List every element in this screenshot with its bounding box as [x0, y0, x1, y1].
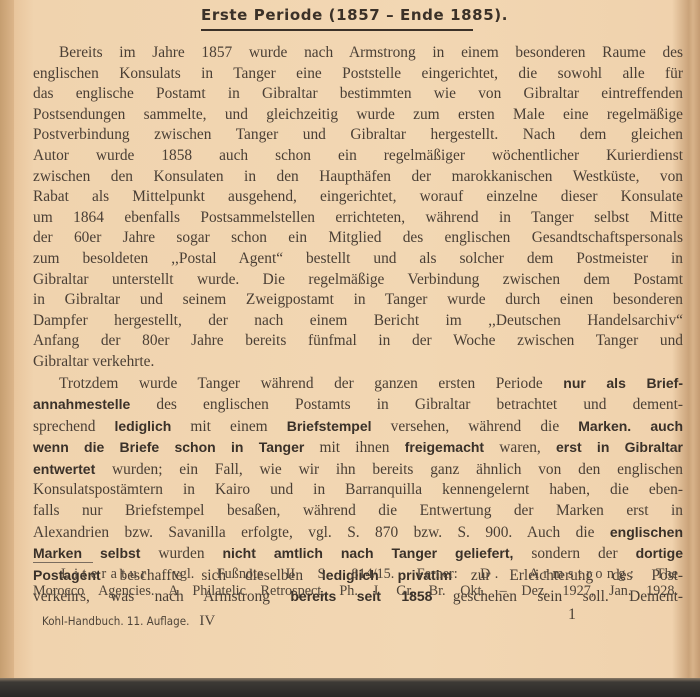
- text-line: Gibraltar unterstellt wurde. Die regelmä…: [33, 270, 683, 291]
- text-run: Alexandrien bzw. Savanilla erfolgte, vgl…: [33, 524, 610, 541]
- text-line: Postsendungen sammelte, und gleichzeitig…: [33, 105, 683, 126]
- text-line: englischen Konsulats in Tanger eine Post…: [33, 64, 683, 85]
- text-line: Gibraltar verkehrte.: [33, 352, 683, 373]
- text-run: Trotzdem wurde Tanger während der ganzen…: [59, 375, 563, 392]
- body-text: Bereits im Jahre 1857 wurde nach Armstro…: [33, 43, 683, 608]
- text-line: Trotzdem wurde Tanger während der ganzen…: [33, 373, 683, 395]
- page-number: 1: [568, 606, 576, 624]
- bold-run: annahmestelle: [33, 396, 130, 412]
- bold-run: dortige: [636, 545, 683, 561]
- bold-run: lediglich: [115, 418, 172, 434]
- text-run: des englischen Postamts in Gibraltar bet…: [130, 396, 683, 413]
- bold-run: Briefstempel: [287, 418, 372, 434]
- bold-run: wenn die Briefe schon in Tanger: [33, 439, 304, 455]
- page-gutter-shadow: [0, 0, 14, 680]
- bold-run: erst in Gibraltar: [556, 439, 683, 455]
- text-line: falls nur Briefstempel besaßen, während …: [33, 501, 683, 522]
- text-line: Bereits im Jahre 1857 wurde nach Armstro…: [33, 43, 683, 64]
- book-bottom-edge: [0, 678, 700, 697]
- text-line: Marken selbst wurden nicht amtlich nach …: [33, 543, 683, 565]
- text-run: : The: [630, 566, 678, 582]
- text-line: um 1864 ebenfalls Postsammelstellen erri…: [33, 208, 683, 229]
- bold-run: entwertet: [33, 461, 95, 477]
- text-line: annahmestelle des englischen Postamts in…: [33, 394, 683, 416]
- section-heading: Erste Periode (1857 – Ende 1885).: [201, 6, 471, 24]
- text-line: Rabat als Mittelpunkt ausgehend, eingeri…: [33, 187, 683, 208]
- bold-run: nur als Brief-: [563, 375, 683, 391]
- text-line: der 60er Jahre sogar schon ein Mitglied …: [33, 228, 683, 249]
- text-run: sondern der: [513, 545, 635, 562]
- text-line: das englische Postamt in Gibraltar besti…: [33, 84, 683, 105]
- text-line: sprechend lediglich mit einem Briefstemp…: [33, 416, 683, 438]
- printer-imprint: Kohl-Handbuch. 11. Auflage.IV: [42, 613, 215, 630]
- text-line: in Gibraltar und seinem Zweigpostamt in …: [33, 290, 683, 311]
- text-run: mit einem: [171, 418, 286, 435]
- bold-run: englischen: [610, 524, 683, 540]
- footnote: Literatur vgl. Fußnote II S. 814/15. Fer…: [33, 566, 678, 600]
- text-run: vgl. Fußnote II S. 814/15. Ferner:: [150, 566, 480, 582]
- signature-mark: IV: [199, 613, 215, 629]
- bold-run: nicht amtlich nach Tanger geliefert,: [222, 545, 513, 561]
- text-run: sprechend: [33, 418, 115, 435]
- imprint-text: Kohl-Handbuch. 11. Auflage.: [42, 614, 189, 628]
- text-line: Anfang der 80er Jahre bereits fünfmal in…: [33, 331, 683, 352]
- text-run: versehen, während die: [372, 418, 579, 435]
- book-page: Erste Periode (1857 – Ende 1885). Bereit…: [0, 0, 700, 680]
- bold-run: Marken selbst: [33, 545, 140, 561]
- text-line: Dampfer hergestellt, der nach einem Beri…: [33, 311, 683, 332]
- text-line: wenn die Briefe schon in Tanger mit ihne…: [33, 437, 683, 459]
- bold-run: Marken. auch: [578, 418, 683, 434]
- text-line: entwertet wurden; ein Fall, wie wir ihn …: [33, 459, 683, 481]
- footnote-line: Literatur vgl. Fußnote II S. 814/15. Fer…: [33, 566, 678, 583]
- text-line: zum besoldeten ,,Postal Agent“ bestellt …: [33, 249, 683, 270]
- text-line: Konsulatspostämtern in Kairo und in Barr…: [33, 480, 683, 501]
- text-run: wurden; ein Fall, wie wir ihn bereits ga…: [95, 461, 683, 478]
- text-run: waren,: [484, 439, 556, 456]
- footnote-line: Morocco Agencies. A Philatelic Retrospec…: [33, 583, 678, 600]
- spaced-word: Literatur: [61, 566, 150, 582]
- text-line: Autor wurde 1858 auch schon ein regelmäß…: [33, 146, 683, 167]
- text-run: mit ihnen: [304, 439, 404, 456]
- author-name: D. Armstrong: [480, 566, 630, 582]
- bold-run: freigemacht: [405, 439, 484, 455]
- heading-underline: [201, 29, 473, 31]
- text-line: Postverbindung zwischen Tanger und Gibra…: [33, 125, 683, 146]
- text-line: zwischen den Konsulaten in den Haupthäfe…: [33, 167, 683, 188]
- footnote-rule: [33, 562, 93, 563]
- text-run: wurden: [140, 545, 222, 562]
- text-line: Alexandrien bzw. Savanilla erfolgte, vgl…: [33, 522, 683, 544]
